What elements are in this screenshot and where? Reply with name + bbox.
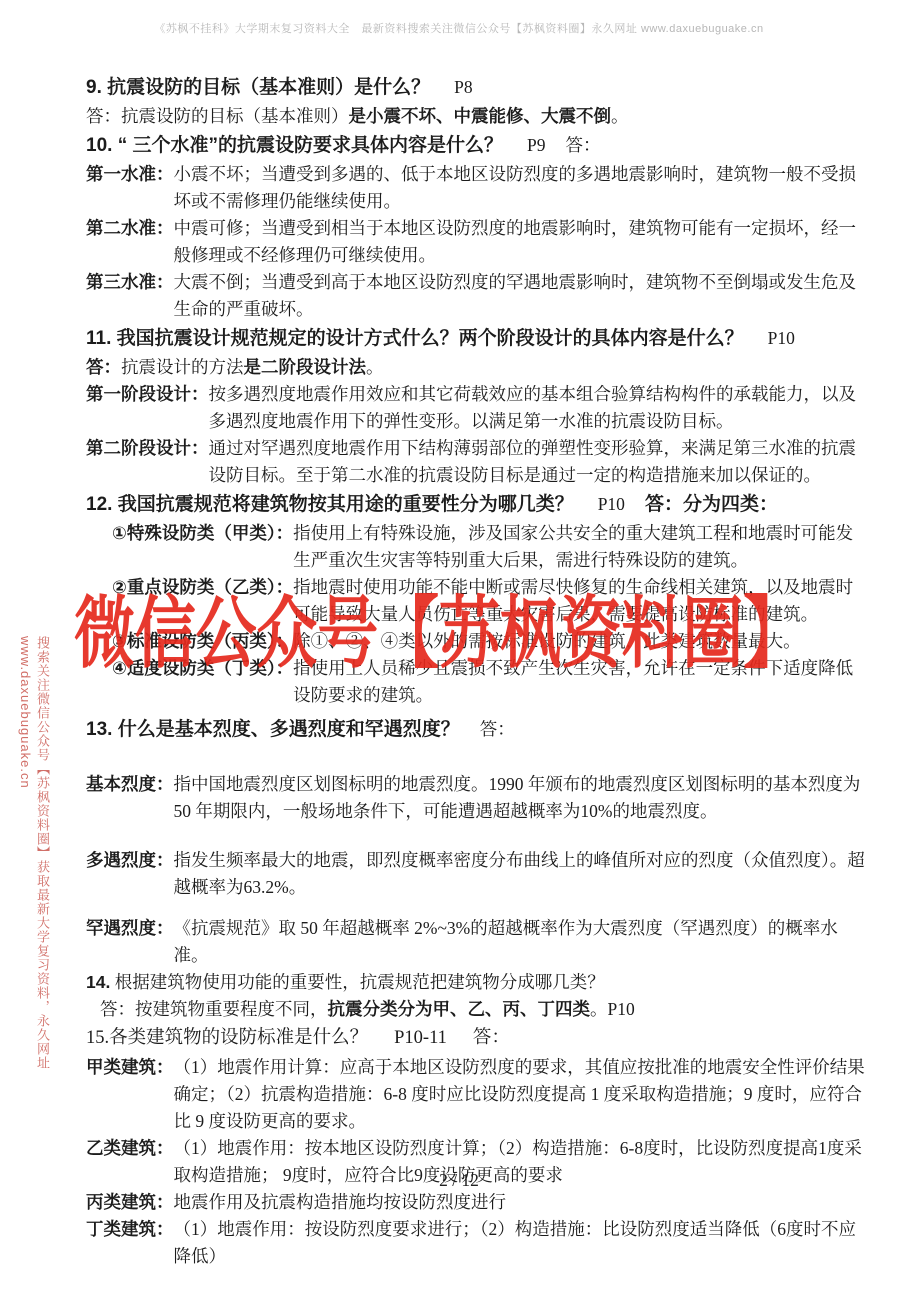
answer-suffix: 。P10 (590, 999, 635, 1019)
term-label: 第二水准： (86, 215, 174, 242)
question-text: 9. 抗震设防的目标（基本准则）是什么？ (86, 77, 430, 98)
term-label: ②重点设防类（乙类）： (112, 574, 293, 601)
term-definition: 中震可修；当遭受到相当于本地区设防烈度的地震影响时，建筑物可能有一定损坏，经一般… (174, 215, 871, 269)
term-definition: （1）地震作用：按设防烈度要求进行；（2）构造措施：比设防烈度适当降低（6度时不… (174, 1216, 871, 1270)
category-2-row: ②重点设防类（乙类）：指地震时使用功能不能中断或需尽快修复的生命线相关建筑，以及… (112, 574, 870, 628)
definition-basic-intensity: 基本烈度：指中国地震烈度区划图标明的地震烈度。1990 年颁布的地震烈度区划图标… (86, 771, 870, 825)
term-label: 丙类建筑： (86, 1189, 174, 1216)
question-9-title: 9. 抗震设防的目标（基本准则）是什么？P8 (86, 72, 870, 103)
level-1-row: 第一水准：小震不坏；当遭受到多遇的、低于本地区设防烈度的多遇地震影响时，建筑物一… (86, 161, 870, 215)
category-1-row: ①特殊设防类（甲类）：指使用上有特殊设施，涉及国家公共安全的重大建筑工程和地震时… (112, 520, 870, 574)
question-text: 根据建筑物使用功能的重要性，抗震规范把建筑物分成哪几类？ (110, 972, 604, 992)
answer-label: 答：分为四类： (645, 494, 778, 515)
term-label: ④适度设防类（丁类）： (112, 655, 293, 682)
category-3-row: ③标准设防类（丙类）：除①、②、④类以外的需按标准设防的建筑，此类建筑数量最大。 (112, 628, 870, 655)
level-2-row: 第二水准：中震可修；当遭受到相当于本地区设防烈度的地震影响时，建筑物可能有一定损… (86, 215, 870, 269)
side-watermark-text: 搜索关注微信公众号【苏枫资料圈】获取最新大学复习资料，永久网址 www.daxu… (18, 636, 52, 1086)
level-3-row: 第三水准：大震不倒；当遭受到高于本地区设防烈度的罕遇地震影响时，建筑物不至倒塌或… (86, 269, 870, 323)
page-reference: P10-11 (394, 1028, 447, 1048)
category-4-row: ④适度设防类（丁类）：指使用上人员稀少且震损不致产生次生灾害，允许在一定条件下适… (112, 655, 870, 709)
question-14-title: 14. 根据建筑物使用功能的重要性，抗震规范把建筑物分成哪几类？ (86, 969, 870, 996)
term-definition: 指地震时使用功能不能中断或需尽快修复的生命线相关建筑，以及地震时可能导致大量人员… (293, 574, 870, 628)
term-definition: 指发生频率最大的地震，即烈度概率密度分布曲线上的峰值所对应的烈度（众值烈度）。超… (174, 847, 871, 901)
term-definition: 通过对罕遇烈度地震作用下结构薄弱部位的弹塑性变形验算，来满足第三水准的抗震设防目… (209, 435, 871, 489)
answer-key-point: 是小震不坏、中震能修、大震不倒 (349, 106, 612, 126)
page-reference: P10 (768, 328, 795, 348)
answer-key-point: 是二阶段设计法 (244, 357, 367, 377)
question-text: 11. 我国抗震设计规范规定的设计方式什么？两个阶段设计的具体内容是什么？ (86, 328, 744, 349)
building-class-c-row: 丙类建筑：地震作用及抗震构造措施均按设防烈度进行 (86, 1189, 870, 1216)
answer-label: 答： (473, 1028, 510, 1048)
question-text: 12. 我国抗震规范将建筑物按其用途的重要性分为哪几类？ (86, 494, 574, 515)
term-definition: 地震作用及抗震构造措施均按设防烈度进行 (174, 1189, 871, 1216)
term-label: 第二阶段设计： (86, 435, 209, 462)
document-body: 9. 抗震设防的目标（基本准则）是什么？P8 答：抗震设防的目标（基本准则）是小… (86, 72, 870, 1270)
term-label: ③标准设防类（丙类）： (112, 628, 293, 655)
term-definition: 指使用上有特殊设施，涉及国家公共安全的重大建筑工程和地震时可能发生严重次生灾害等… (293, 520, 870, 574)
question-text: 10. “ 三个水准”的抗震设防要求具体内容是什么？ (86, 135, 503, 156)
question-number: 14. (86, 972, 110, 992)
term-label: ①特殊设防类（甲类）： (112, 520, 293, 547)
term-label: 罕遇烈度： (86, 915, 174, 942)
term-definition: 大震不倒；当遭受到高于本地区设防烈度的罕遇地震影响时，建筑物不至倒塌或发生危及生… (174, 269, 871, 323)
question-12-title: 12. 我国抗震规范将建筑物按其用途的重要性分为哪几类？P10答：分为四类： (86, 489, 870, 520)
question-11-title: 11. 我国抗震设计规范规定的设计方式什么？两个阶段设计的具体内容是什么？P10 (86, 323, 870, 354)
answer-key-point: 抗震分类分为甲、乙、丙、丁四类 (328, 999, 591, 1019)
term-label: 第一阶段设计： (86, 381, 209, 408)
term-label: 基本烈度： (86, 771, 174, 798)
answer-text: 抗震设计的方法 (121, 357, 244, 377)
term-label: 多遇烈度： (86, 847, 174, 874)
stage-2-row: 第二阶段设计：通过对罕遇烈度地震作用下结构薄弱部位的弹塑性变形验算，来满足第三水… (86, 435, 870, 489)
question-13-title: 13. 什么是基本烈度、多遇烈度和罕遇烈度？答： (86, 714, 870, 745)
question-text: 13. 什么是基本烈度、多遇烈度和罕遇烈度？ (86, 719, 460, 740)
term-label: 第一水准： (86, 161, 174, 188)
term-definition: 小震不坏；当遭受到多遇的、低于本地区设防烈度的多遇地震影响时，建筑物一般不受损坏… (174, 161, 871, 215)
question-11-answer: 答：抗震设计的方法是二阶段设计法。 (86, 354, 870, 381)
page-reference: P8 (454, 77, 472, 97)
definition-rare-intensity: 罕遇烈度：《抗震规范》取 50 年超越概率 2%~3%的超越概率作为大震烈度（罕… (86, 915, 870, 969)
term-definition: 指中国地震烈度区划图标明的地震烈度。1990 年颁布的地震烈度区划图标明的基本烈… (174, 771, 871, 825)
page-reference: P10 (598, 494, 625, 514)
question-10-title: 10. “ 三个水准”的抗震设防要求具体内容是什么？P9答： (86, 130, 870, 161)
stage-1-row: 第一阶段设计：按多遇烈度地震作用效应和其它荷载效应的基本组合验算结构构件的承载能… (86, 381, 870, 435)
question-14-answer: 答：按建筑物重要程度不同，抗震分类分为甲、乙、丙、丁四类。P10 (100, 996, 870, 1023)
answer-prefix: 答：按建筑物重要程度不同， (100, 999, 328, 1019)
document-page: 《苏枫不挂科》大学期末复习资料大全 最新资料搜索关注微信公众号【苏枫资料圈】永久… (0, 0, 918, 1298)
answer-suffix: 。 (611, 106, 629, 126)
term-label: 第三水准： (86, 269, 174, 296)
term-label: 甲类建筑： (86, 1054, 174, 1081)
term-definition: 指使用上人员稀少且震损不致产生次生灾害，允许在一定条件下适度降低设防要求的建筑。 (293, 655, 870, 709)
term-label: 丁类建筑： (86, 1216, 174, 1243)
term-definition: （1）地震作用计算：应高于本地区设防烈度的要求，其值应按批准的地震安全性评价结果… (174, 1054, 871, 1135)
building-class-a-row: 甲类建筑：（1）地震作用计算：应高于本地区设防烈度的要求，其值应按批准的地震安全… (86, 1054, 870, 1135)
page-number: 2 / 12 (0, 1170, 918, 1191)
term-definition: 除①、②、④类以外的需按标准设防的建筑，此类建筑数量最大。 (293, 628, 870, 655)
question-15-title: 15.各类建筑物的设防标准是什么？P10-11答： (86, 1023, 870, 1054)
page-reference: P9 (527, 135, 545, 155)
term-definition: 按多遇烈度地震作用效应和其它荷载效应的基本组合验算结构构件的承载能力，以及多遇烈… (209, 381, 871, 435)
question-text: 15.各类建筑物的设防标准是什么？ (86, 1028, 368, 1048)
answer-label: 答： (565, 135, 600, 155)
term-label: 乙类建筑： (86, 1135, 174, 1162)
header-note: 《苏枫不挂科》大学期末复习资料大全 最新资料搜索关注微信公众号【苏枫资料圈】永久… (0, 20, 918, 36)
term-definition: 《抗震规范》取 50 年超越概率 2%~3%的超越概率作为大震烈度（罕遇烈度）的… (174, 915, 871, 969)
building-class-d-row: 丁类建筑：（1）地震作用：按设防烈度要求进行；（2）构造措施：比设防烈度适当降低… (86, 1216, 870, 1270)
answer-suffix: 。 (366, 357, 384, 377)
question-9-answer: 答：抗震设防的目标（基本准则）是小震不坏、中震能修、大震不倒。 (86, 103, 870, 130)
definition-frequent-intensity: 多遇烈度：指发生频率最大的地震，即烈度概率密度分布曲线上的峰值所对应的烈度（众值… (86, 847, 870, 901)
answer-label: 答： (480, 719, 515, 739)
answer-prefix: 答：抗震设防的目标（基本准则） (86, 106, 349, 126)
answer-label: 答： (86, 357, 121, 377)
